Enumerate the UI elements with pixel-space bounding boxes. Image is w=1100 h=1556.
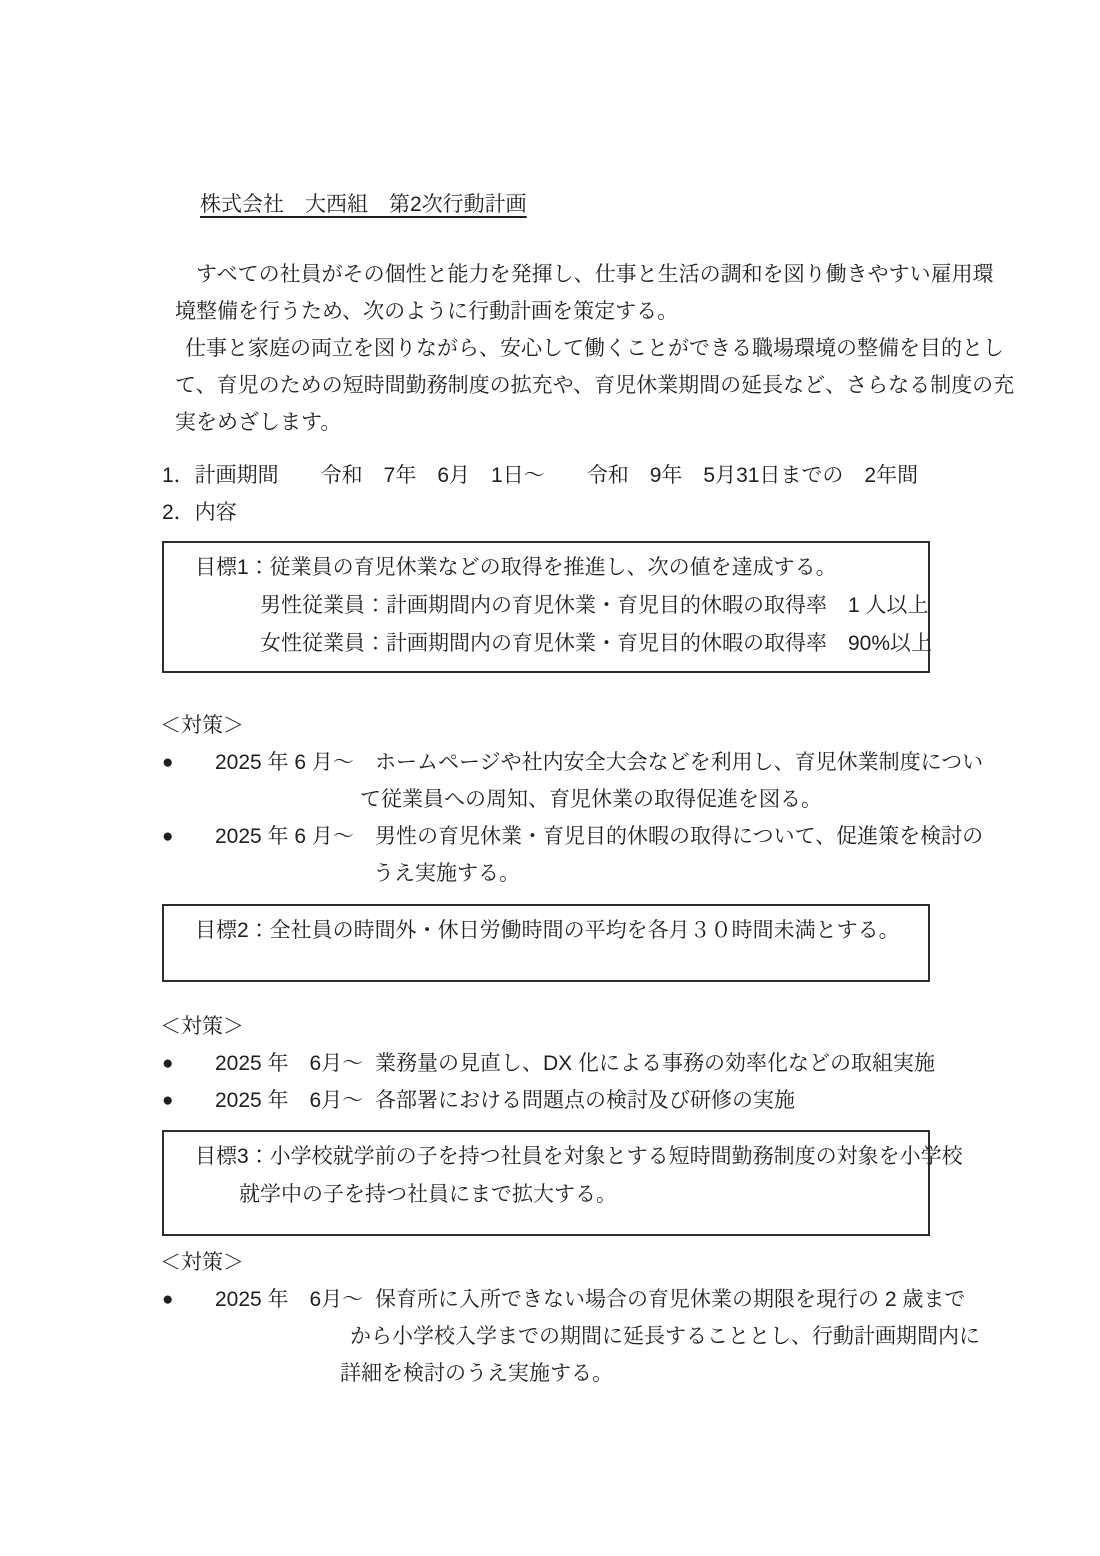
goal2-box: 目標2：全社員の時間外・休日労働時間の平均を各月３０時間未満とする。 [162, 904, 930, 982]
measure-date: 2025 年 6 月～ [215, 818, 375, 855]
plan-period-line: 1．計画期間 令和 7年 6月 1日～ 令和 9年 5月31日までの 2年間 [162, 457, 952, 494]
measures-list-3: ● 2025 年 6月～ 保育所に入所できない場合の育児休業の期限を現行の 2 … [162, 1281, 952, 1392]
goal1-female-target-line: 女性従業員：計画期間内の育児休業・育児目的休暇の取得率 90%以上 [195, 625, 920, 663]
bullet-icon: ● [162, 1045, 215, 1082]
document-content: 株式会社 大西組 第2次行動計画 すべての社員がその個性と能力を発揮し、仕事と生… [162, 186, 952, 1392]
measure-line: ● 2025 年 6 月～ 男性の育児休業・育児目的休暇の取得について、促進策を… [162, 818, 952, 855]
text-line: て、育児のための短時間勤務制度の拡充や、育児休業期間の延長など、さらなる制度の充 [175, 367, 952, 404]
measure-date: 2025 年 6 月～ [215, 744, 375, 781]
measure-text: 保育所に入所できない場合の育児休業の期限を現行の 2 歳まで [375, 1281, 965, 1318]
measure-line: ● 2025 年 6 月～ ホームページや社内安全大会などを利用し、育児休業制度… [162, 744, 952, 781]
goal3-title-line: 目標3：小学校就学前の子を持つ社員を対象とする短時間勤務制度の対象を小学校 [195, 1138, 920, 1176]
measure-text-continued: 詳細を検討のうえ実施する。 [162, 1355, 952, 1392]
measures-list-1: ● 2025 年 6 月～ ホームページや社内安全大会などを利用し、育児休業制度… [162, 744, 952, 892]
contents-label: 2．内容 [162, 494, 952, 531]
intro-paragraph-2: 仕事と家庭の両立を図りながら、安心して働くことができる職場環境の整備を目的とし … [175, 330, 952, 441]
list-item: ● 2025 年 6 月～ ホームページや社内安全大会などを利用し、育児休業制度… [162, 744, 952, 818]
list-item: ● 2025 年 6月～ 保育所に入所できない場合の育児休業の期限を現行の 2 … [162, 1281, 952, 1392]
goal1-male-target-line: 男性従業員：計画期間内の育児休業・育児目的休暇の取得率 1 人以上 [195, 587, 920, 625]
measure-date: 2025 年 6月～ [215, 1045, 375, 1082]
measure-text: 業務量の見直し、DX 化による事務の効率化などの取組実施 [375, 1045, 935, 1082]
bullet-icon: ● [162, 744, 215, 781]
text-line: 境整備を行うため、次のように行動計画を策定する。 [175, 293, 952, 330]
text-line: すべての社員がその個性と能力を発揮し、仕事と生活の調和を図り働きやすい雇用環 [175, 256, 952, 293]
measures-heading-2: ＜対策＞ [160, 1008, 952, 1045]
measure-date: 2025 年 6月～ [215, 1082, 375, 1119]
measures-heading-3: ＜対策＞ [160, 1244, 952, 1281]
list-item: ● 2025 年 6月～ 業務量の見直し、DX 化による事務の効率化などの取組実… [162, 1045, 952, 1082]
goal2-title-line: 目標2：全社員の時間外・休日労働時間の平均を各月３０時間未満とする。 [195, 912, 920, 950]
document-title: 株式会社 大西組 第2次行動計画 [200, 186, 952, 223]
intro-paragraph-1: すべての社員がその個性と能力を発揮し、仕事と生活の調和を図り働きやすい雇用環 境… [175, 256, 952, 330]
measure-text-continued: て従業員への周知、育児休業の取得促進を図る。 [162, 781, 952, 818]
bullet-icon: ● [162, 1281, 215, 1318]
list-item: ● 2025 年 6 月～ 男性の育児休業・育児目的休暇の取得について、促進策を… [162, 818, 952, 892]
measure-text: 男性の育児休業・育児目的休暇の取得について、促進策を検討の [375, 818, 983, 855]
measure-line: ● 2025 年 6月～ 業務量の見直し、DX 化による事務の効率化などの取組実… [162, 1045, 952, 1082]
list-item: ● 2025 年 6月～ 各部署における問題点の検討及び研修の実施 [162, 1082, 952, 1119]
goal1-box: 目標1：従業員の育児休業などの取得を推進し、次の値を達成する。 男性従業員：計画… [162, 541, 930, 673]
text-line: 実をめざします。 [175, 404, 952, 441]
goal3-box: 目標3：小学校就学前の子を持つ社員を対象とする短時間勤務制度の対象を小学校 就学… [162, 1130, 930, 1236]
goal3-title-line-2: 就学中の子を持つ社員にまで拡大する。 [195, 1176, 920, 1214]
measure-date: 2025 年 6月～ [215, 1281, 375, 1318]
measures-list-2: ● 2025 年 6月～ 業務量の見直し、DX 化による事務の効率化などの取組実… [162, 1045, 952, 1119]
measure-text-continued: から小学校入学までの期間に延長することとし、行動計画期間内に [162, 1318, 952, 1355]
bullet-icon: ● [162, 818, 215, 855]
measures-heading-1: ＜対策＞ [160, 707, 952, 744]
measure-text-continued: うえ実施する。 [162, 855, 952, 892]
bullet-icon: ● [162, 1082, 215, 1119]
measure-line: ● 2025 年 6月～ 保育所に入所できない場合の育児休業の期限を現行の 2 … [162, 1281, 952, 1318]
measure-text: ホームページや社内安全大会などを利用し、育児休業制度につい [375, 744, 983, 781]
text-line: 仕事と家庭の両立を図りながら、安心して働くことができる職場環境の整備を目的とし [175, 330, 952, 367]
measure-line: ● 2025 年 6月～ 各部署における問題点の検討及び研修の実施 [162, 1082, 952, 1119]
measure-text: 各部署における問題点の検討及び研修の実施 [375, 1082, 795, 1119]
document-page: 株式会社 大西組 第2次行動計画 すべての社員がその個性と能力を発揮し、仕事と生… [0, 0, 1100, 1556]
goal1-title-line: 目標1：従業員の育児休業などの取得を推進し、次の値を達成する。 [195, 549, 920, 587]
